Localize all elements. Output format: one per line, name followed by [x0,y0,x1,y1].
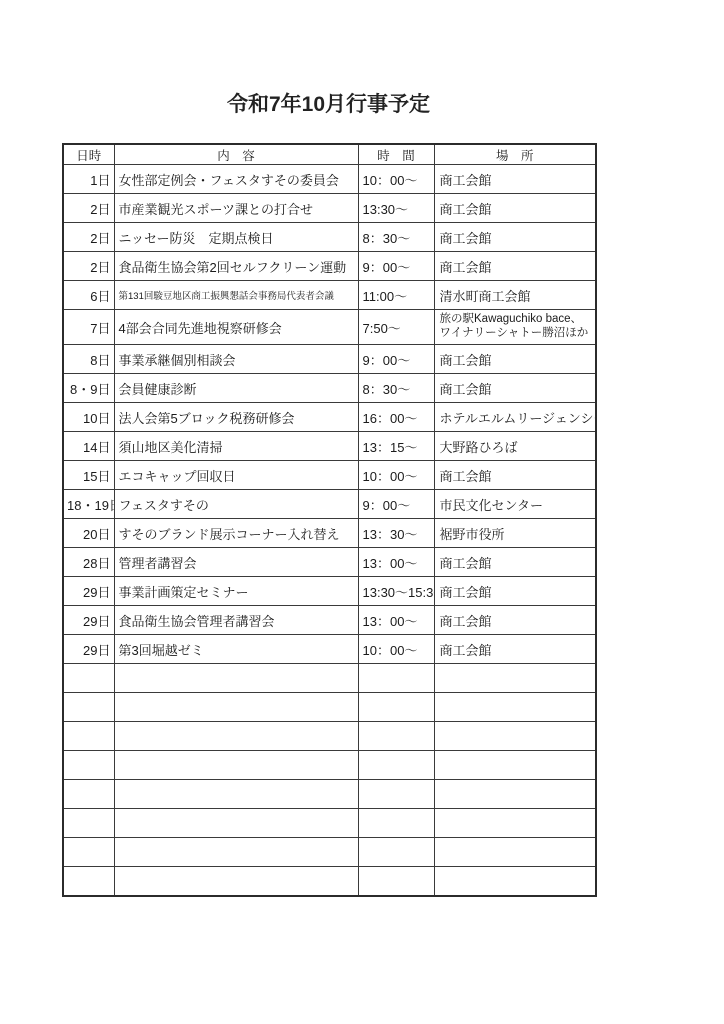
cell-place-empty [434,722,596,751]
cell-date: 1日 [63,165,114,194]
cell-date: 10日 [63,403,114,432]
cell-place: 清水町商工会館 [434,281,596,310]
cell-content-empty [114,693,358,722]
cell-place: 商工会館 [434,374,596,403]
cell-content: 4部会合同先進地視察研修会 [114,310,358,345]
cell-time-empty [358,664,434,693]
cell-date: 2日 [63,252,114,281]
cell-content-empty [114,809,358,838]
col-header-time: 時 間 [358,144,434,165]
cell-place: 商工会館 [434,252,596,281]
empty-row [63,751,596,780]
table-row: 6日第131回駿豆地区商工振興懇話会事務局代表者会議11:00～清水町商工会館 [63,281,596,310]
cell-place-empty [434,867,596,897]
cell-date: 18・19日 [63,490,114,519]
cell-time: 10：00～ [358,165,434,194]
cell-date: 2日 [63,194,114,223]
cell-content: 須山地区美化清掃 [114,432,358,461]
cell-date-empty [63,838,114,867]
cell-date: 20日 [63,519,114,548]
empty-row [63,867,596,897]
cell-time: 9：00～ [358,490,434,519]
cell-time: 11:00～ [358,281,434,310]
cell-content: すそのブランド展示コーナー入れ替え [114,519,358,548]
cell-time: 10：00～ [358,635,434,664]
cell-date: 14日 [63,432,114,461]
cell-time: 13：00～ [358,548,434,577]
cell-time: 10：00～ [358,461,434,490]
cell-content: 市産業観光スポーツ課との打合せ [114,194,358,223]
table-row: 7日4部会合同先進地視察研修会7:50～旅の駅Kawaguchiko bace、… [63,310,596,345]
table-row: 2日食品衛生協会第2回セルフクリーン運動9：00～商工会館 [63,252,596,281]
cell-date: 29日 [63,606,114,635]
cell-date: 7日 [63,310,114,345]
cell-date-empty [63,867,114,897]
cell-content: 法人会第5ブロック税務研修会 [114,403,358,432]
table-row: 2日市産業観光スポーツ課との打合せ13:30～商工会館 [63,194,596,223]
cell-content: 会員健康診断 [114,374,358,403]
cell-place: 商工会館 [434,165,596,194]
table-row: 29日食品衛生協会管理者講習会13：00～商工会館 [63,606,596,635]
table-row: 20日すそのブランド展示コーナー入れ替え13：30～裾野市役所 [63,519,596,548]
cell-content: 管理者講習会 [114,548,358,577]
cell-place: 大野路ひろば [434,432,596,461]
table-header: 日時 内 容 時 間 場 所 [63,144,596,165]
empty-row [63,780,596,809]
cell-time-empty [358,809,434,838]
cell-place-empty [434,809,596,838]
col-header-date: 日時 [63,144,114,165]
table-row: 8・9日会員健康診断8：30～商工会館 [63,374,596,403]
table-row: 29日第3回堀越ゼミ10：00～商工会館 [63,635,596,664]
header-row: 日時 内 容 時 間 場 所 [63,144,596,165]
cell-time: 8：30～ [358,223,434,252]
cell-place: 商工会館 [434,606,596,635]
cell-date-empty [63,780,114,809]
page-title: 令和7年10月行事予定 [62,88,595,118]
cell-time: 13:30～15:30 [358,577,434,606]
cell-time-empty [358,751,434,780]
cell-date: 8・9日 [63,374,114,403]
cell-date-empty [63,664,114,693]
cell-content: 事業計画策定セミナー [114,577,358,606]
table-row: 1日女性部定例会・フェスタすその委員会10：00～商工会館 [63,165,596,194]
cell-time: 9：00～ [358,345,434,374]
cell-content-empty [114,780,358,809]
cell-content: ニッセー防災 定期点検日 [114,223,358,252]
cell-content-empty [114,838,358,867]
cell-place-empty [434,693,596,722]
cell-content: フェスタすその [114,490,358,519]
cell-content: 第3回堀越ゼミ [114,635,358,664]
cell-content-empty [114,867,358,897]
table-row: 2日ニッセー防災 定期点検日8：30～商工会館 [63,223,596,252]
cell-time: 7:50～ [358,310,434,345]
cell-time: 9：00～ [358,252,434,281]
cell-time: 13：00～ [358,606,434,635]
cell-place-empty [434,838,596,867]
cell-date-empty [63,809,114,838]
cell-date: 15日 [63,461,114,490]
cell-content-empty [114,664,358,693]
cell-time: 13：30～ [358,519,434,548]
table-row: 18・19日フェスタすその9：00～市民文化センター [63,490,596,519]
table-row: 29日事業計画策定セミナー13:30～15:30商工会館 [63,577,596,606]
cell-place-empty [434,664,596,693]
empty-row [63,809,596,838]
cell-content: 女性部定例会・フェスタすその委員会 [114,165,358,194]
cell-time-empty [358,867,434,897]
cell-content: エコキャップ回収日 [114,461,358,490]
cell-content: 第131回駿豆地区商工振興懇話会事務局代表者会議 [114,281,358,310]
cell-place: 裾野市役所 [434,519,596,548]
cell-date-empty [63,751,114,780]
cell-content: 事業承継個別相談会 [114,345,358,374]
cell-content-empty [114,751,358,780]
cell-place: 商工会館 [434,194,596,223]
cell-date: 8日 [63,345,114,374]
cell-time-empty [358,722,434,751]
empty-row [63,838,596,867]
cell-date: 28日 [63,548,114,577]
empty-row [63,664,596,693]
empty-row [63,722,596,751]
cell-content-empty [114,722,358,751]
cell-place: 商工会館 [434,461,596,490]
empty-row [63,693,596,722]
cell-place-empty [434,780,596,809]
cell-date: 6日 [63,281,114,310]
cell-date: 29日 [63,635,114,664]
cell-place: 商工会館 [434,223,596,252]
document-page: 令和7年10月行事予定 日時 内 容 時 間 場 所 1日女性部定例会・フェスタ… [0,0,724,1024]
table-row: 8日事業承継個別相談会9：00～商工会館 [63,345,596,374]
cell-place: 商工会館 [434,635,596,664]
cell-place: 商工会館 [434,577,596,606]
cell-date: 29日 [63,577,114,606]
cell-time-empty [358,693,434,722]
table-row: 10日法人会第5ブロック税務研修会16：00～ホテルエルムリージェンシー [63,403,596,432]
table-row: 14日須山地区美化清掃13：15～大野路ひろば [63,432,596,461]
cell-place-empty [434,751,596,780]
cell-place: 商工会館 [434,345,596,374]
cell-time-empty [358,780,434,809]
cell-time: 13:30～ [358,194,434,223]
table-body: 1日女性部定例会・フェスタすその委員会10：00～商工会館2日市産業観光スポーツ… [63,165,596,897]
cell-place: 市民文化センター [434,490,596,519]
schedule-table: 日時 内 容 時 間 場 所 1日女性部定例会・フェスタすその委員会10：00～… [62,143,597,897]
cell-place: 旅の駅Kawaguchiko bace、ワイナリーシャトー勝沼ほか [434,310,596,345]
col-header-place: 場 所 [434,144,596,165]
cell-time: 8：30～ [358,374,434,403]
table-row: 15日エコキャップ回収日10：00～商工会館 [63,461,596,490]
cell-place: ホテルエルムリージェンシー [434,403,596,432]
col-header-content: 内 容 [114,144,358,165]
cell-place: 商工会館 [434,548,596,577]
cell-date-empty [63,722,114,751]
cell-content: 食品衛生協会第2回セルフクリーン運動 [114,252,358,281]
cell-content: 食品衛生協会管理者講習会 [114,606,358,635]
cell-time: 13：15～ [358,432,434,461]
cell-date: 2日 [63,223,114,252]
cell-date-empty [63,693,114,722]
table-row: 28日管理者講習会13：00～商工会館 [63,548,596,577]
cell-time: 16：00～ [358,403,434,432]
cell-time-empty [358,838,434,867]
